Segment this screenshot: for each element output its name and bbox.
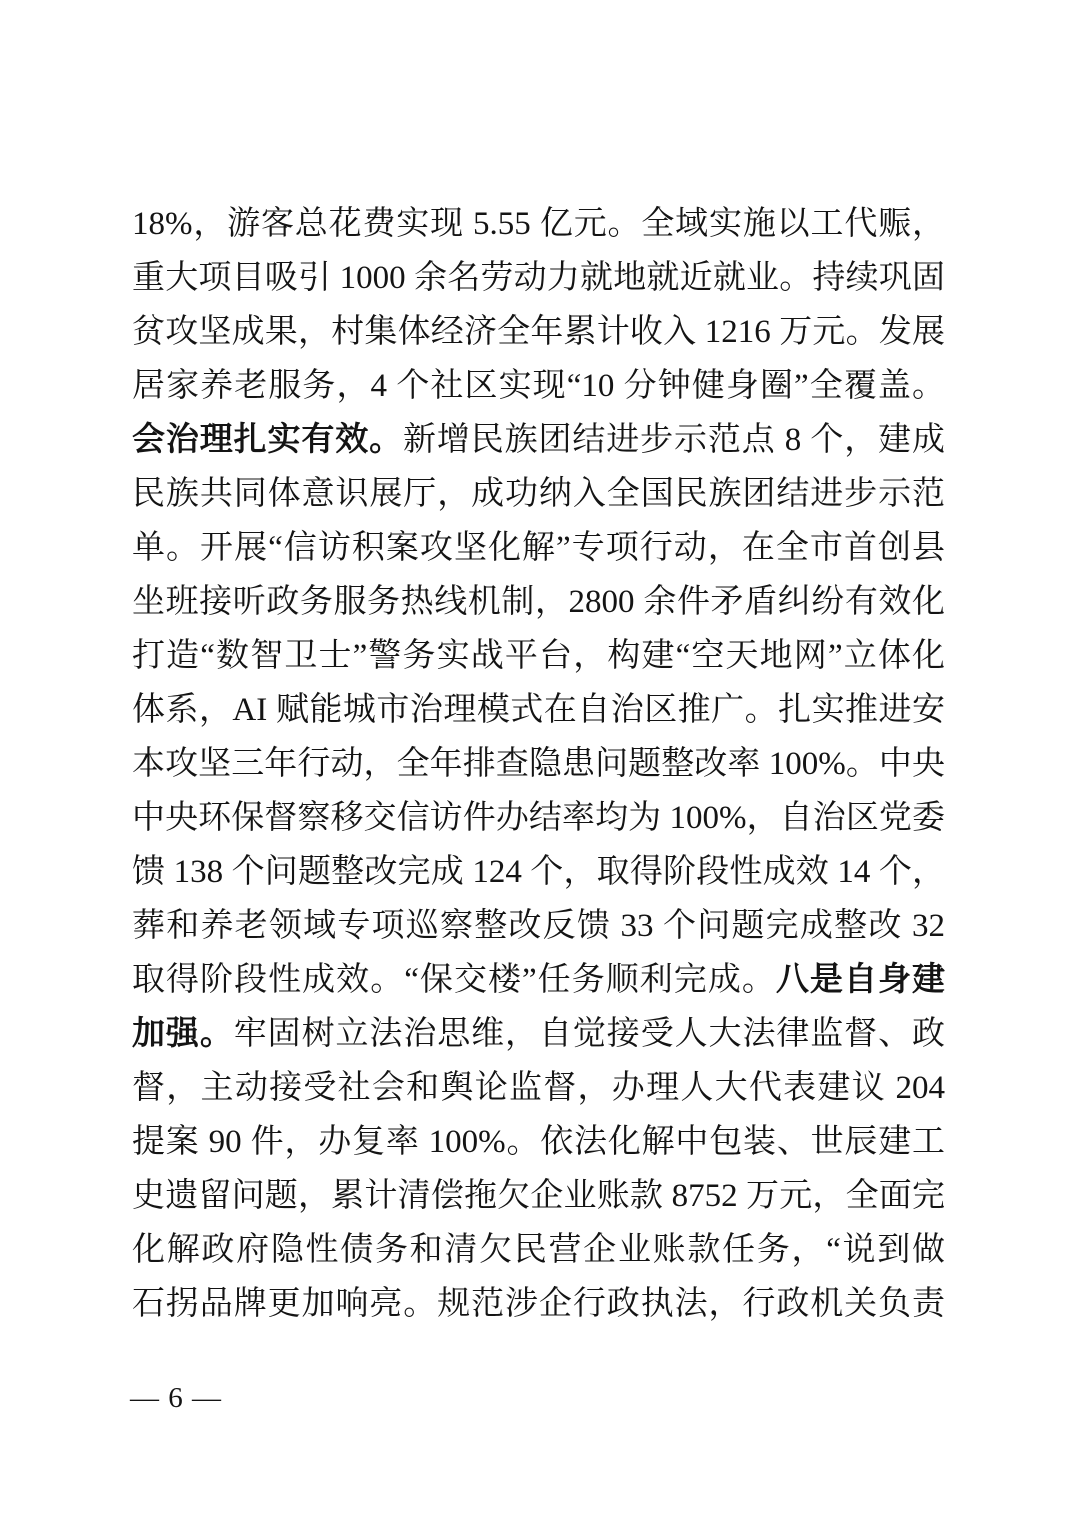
- text-line-11: 本攻坚三年行动，全年排查隐患问题整改率 100%。中央巡视和: [132, 737, 945, 791]
- text-run: 贫攻坚成果，村集体经济全年累计收入 1216 万元。发展嵌入式: [132, 314, 945, 359]
- text-line-12: 中央环保督察移交信访件办结率均为 100%，自治区党委巡视反: [132, 791, 945, 845]
- page-number: — 6 —: [130, 1381, 222, 1415]
- text-run: 葬和养老领域专项巡察整改反馈 33 个问题完成整改 32 个，1 个: [132, 908, 945, 953]
- bold-heading-seven-cont: 会治理扎实有效。: [132, 422, 403, 458]
- text-run: 18%，游客总花费实现 5.55 亿元。全域实施以工代赈，重点企业、: [132, 206, 945, 251]
- bold-heading-eight-cont: 加强。: [132, 1016, 234, 1052]
- text-run: 馈 138 个问题整改完成 124 个，取得阶段性成效 14 个，市委殡: [132, 854, 945, 899]
- text-line-13: 馈 138 个问题整改完成 124 个，取得阶段性成效 14 个，市委殡: [132, 845, 945, 899]
- text-line-10: 体系，AI 赋能城市治理模式在自治区推广。扎实推进安全生产治: [132, 683, 945, 737]
- document-page: 18%，游客总花费实现 5.55 亿元。全域实施以工代赈，重点企业、 重大项目吸…: [0, 0, 1074, 1520]
- text-line-15: 取得阶段性成效。“保交楼”任务顺利完成。八是自身建设持续: [132, 953, 945, 1007]
- text-run: 督，主动接受社会和舆论监督，办理人大代表建议 204 件、政协: [132, 1070, 945, 1115]
- text-line-2: 重大项目吸引 1000 余名劳动力就地就近就业。持续巩固拓展脱: [132, 251, 945, 305]
- text-line-4: 居家养老服务，4 个社区实现“10 分钟健身圈”全覆盖。七是社: [132, 359, 945, 413]
- text-line-8: 坐班接听政务服务热线机制，2800 余件矛盾纠纷有效化解。成功: [132, 575, 945, 629]
- text-line-20: 化解政府隐性债务和清欠民营企业账款任务，“说到做到”诚信: [132, 1223, 945, 1277]
- text-run: 牢固树立法治思维，自觉接受人大法律监督、政协民主监: [132, 1016, 945, 1061]
- text-run: 打造“数智卫士”警务实战平台，构建“空天地网”立体化巡防: [132, 638, 945, 683]
- body-text: 18%，游客总花费实现 5.55 亿元。全域实施以工代赈，重点企业、 重大项目吸…: [132, 197, 945, 1331]
- text-line-9: 打造“数智卫士”警务实战平台，构建“空天地网”立体化巡防: [132, 629, 945, 683]
- text-line-6: 民族共同体意识展厅，成功纳入全国民族团结进步示范区培育名: [132, 467, 945, 521]
- text-line-17: 督，主动接受社会和舆论监督，办理人大代表建议 204 件、政协: [132, 1061, 945, 1115]
- text-line-21: 石拐品牌更加响亮。规范涉企行政执法，行政机关负责人出庭应: [132, 1277, 945, 1331]
- text-run: 体系，AI 赋能城市治理模式在自治区推广。扎实推进安全生产治: [132, 692, 945, 737]
- text-run: 重大项目吸引 1000 余名劳动力就地就近就业。持续巩固拓展脱: [132, 260, 945, 305]
- text-line-14: 葬和养老领域专项巡察整改反馈 33 个问题完成整改 32 个，1 个: [132, 899, 945, 953]
- text-line-3: 贫攻坚成果，村集体经济全年累计收入 1216 万元。发展嵌入式: [132, 305, 945, 359]
- text-line-19: 史遗留问题，累计清偿拖欠企业账款 8752 万元，全面完成年度: [132, 1169, 945, 1223]
- text-run: 史遗留问题，累计清偿拖欠企业账款 8752 万元，全面完成年度: [132, 1178, 945, 1223]
- text-run: 化解政府隐性债务和清欠民营企业账款任务，“说到做到”诚信: [132, 1232, 945, 1277]
- text-line-18: 提案 90 件，办复率 100%。依法化解中包装、世辰建工等一批历: [132, 1115, 945, 1169]
- text-line-1: 18%，游客总花费实现 5.55 亿元。全域实施以工代赈，重点企业、: [132, 197, 945, 251]
- text-run: 单。开展“信访积案攻坚化解”专项行动，在全市首创县级干部: [132, 530, 945, 575]
- text-run: 石拐品牌更加响亮。规范涉企行政执法，行政机关负责人出庭应: [132, 1286, 945, 1331]
- text-line-16: 加强。牢固树立法治思维，自觉接受人大法律监督、政协民主监: [132, 1007, 945, 1061]
- text-run: 民族共同体意识展厅，成功纳入全国民族团结进步示范区培育名: [132, 476, 945, 521]
- text-run: 中央环保督察移交信访件办结率均为 100%，自治区党委巡视反: [132, 800, 945, 845]
- text-line-7: 单。开展“信访积案攻坚化解”专项行动，在全市首创县级干部: [132, 521, 945, 575]
- text-run: 居家养老服务，4 个社区实现“10 分钟健身圈”全覆盖。: [132, 368, 945, 404]
- text-run: 本攻坚三年行动，全年排查隐患问题整改率 100%。中央巡视和: [132, 746, 945, 791]
- text-run: 坐班接听政务服务热线机制，2800 余件矛盾纠纷有效化解。成功: [132, 584, 945, 629]
- text-run: 提案 90 件，办复率 100%。依法化解中包装、世辰建工等一批历: [132, 1124, 945, 1169]
- text-line-5: 会治理扎实有效。新增民族团结进步示范点 8 个，建成铸牢中华: [132, 413, 945, 467]
- text-run: 取得阶段性成效。“保交楼”任务顺利完成。: [132, 962, 776, 998]
